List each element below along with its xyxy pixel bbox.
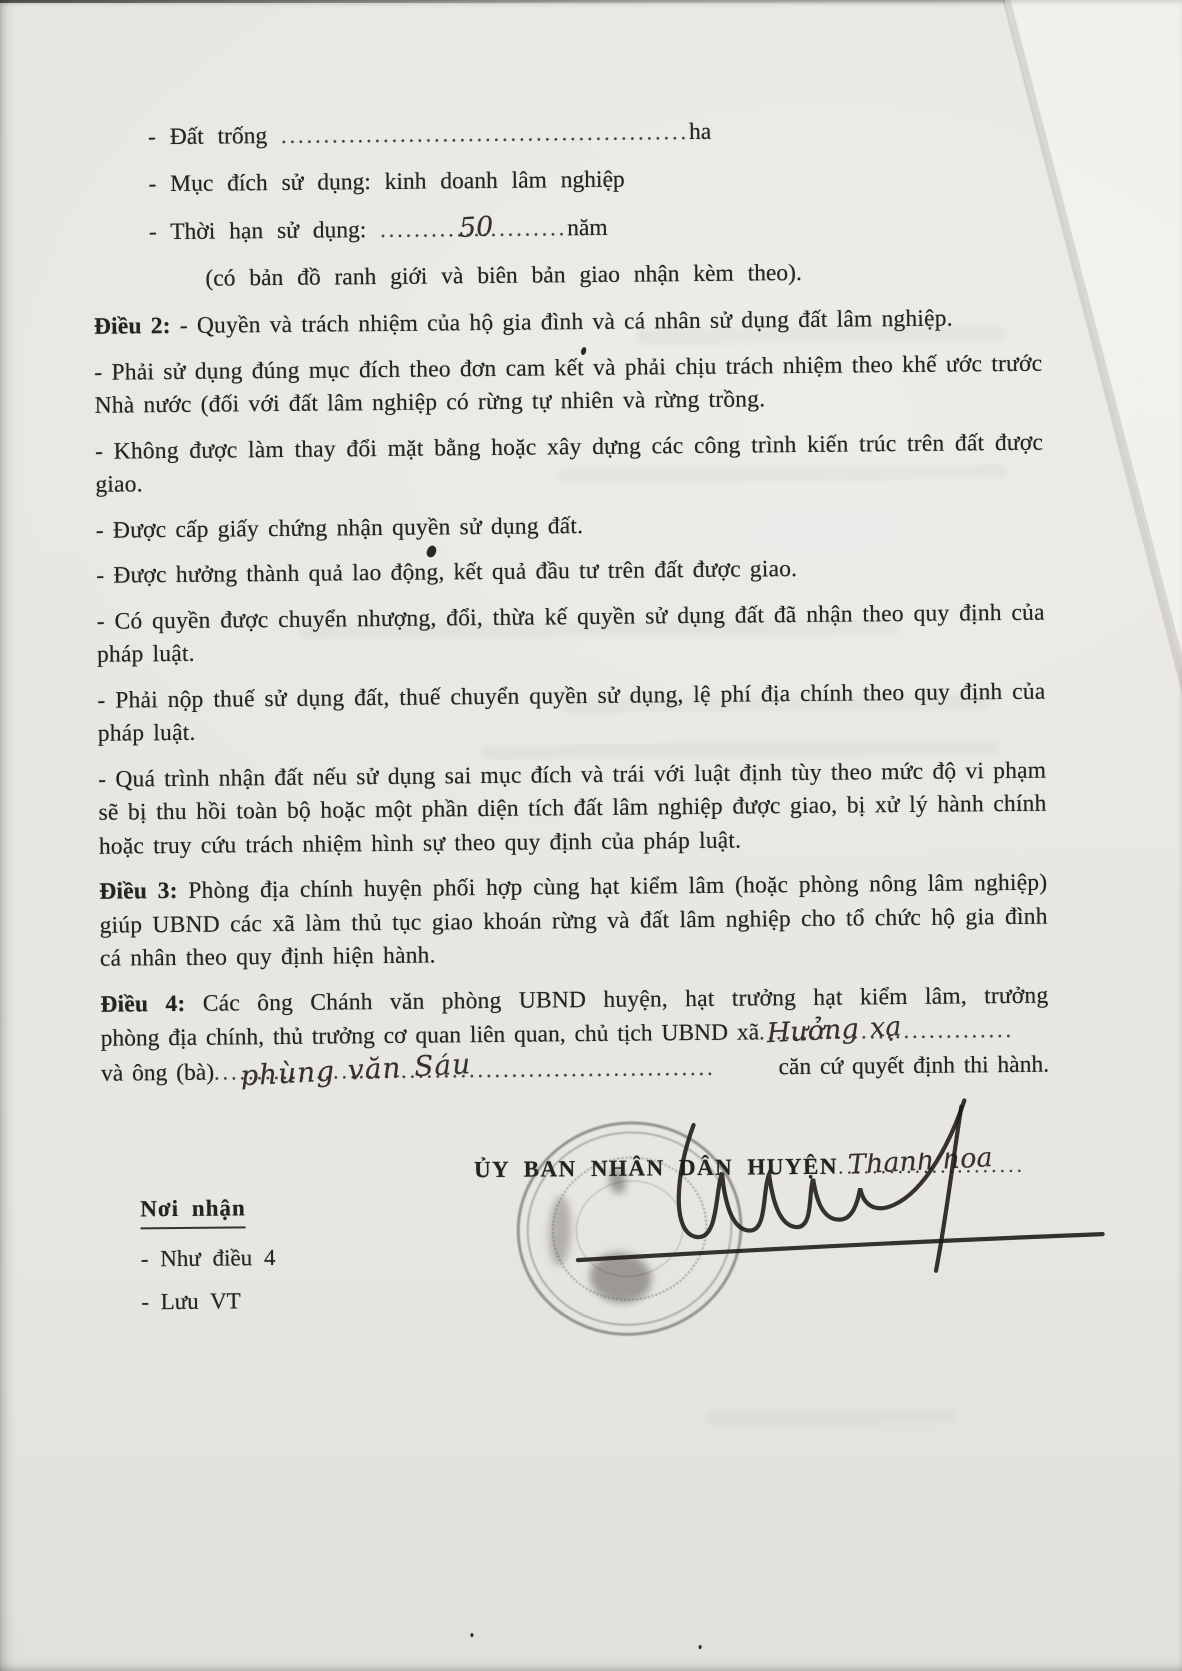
commune-name-field: ..............................Hưởng xạ [759, 1013, 1049, 1050]
person-name-field: ........................................… [214, 1050, 779, 1090]
land-empty-label: - Đất trống [148, 123, 267, 150]
purpose-line: - Mục đích sử dụng: kinh doanh lâm nghiệ… [148, 160, 1040, 202]
recipient-item: - Lưu VT [141, 1288, 276, 1315]
clause-paragraph: - Không được làm thay đổi mặt bằng hoặc … [95, 426, 1044, 502]
clause-paragraph: - Phải sử dụng đúng mục đích theo đơn ca… [94, 347, 1043, 423]
document-body: - Đất trống ............................… [92, 112, 1049, 1103]
clause-paragraph: - Được cấp giấy chứng nhận quyền sử dụng… [96, 505, 1044, 548]
article-2-label: Điều 2: [94, 313, 171, 340]
recipients-heading: Nơi nhận [140, 1195, 246, 1229]
document-tilt-wrapper: - Đất trống ............................… [0, 0, 1182, 1671]
article-3-label: Điều 3: [99, 878, 178, 905]
dotted-leader: ........................................… [281, 119, 689, 148]
article-4-label: Điều 4: [100, 990, 185, 1017]
attachment-note: (có bản đồ ranh giới và biên bản giao nh… [205, 255, 1041, 296]
person-name-label: và ông (bà) [101, 1056, 214, 1091]
clause-paragraph: - Phải nộp thuế sử dụng đất, thuế chuyển… [97, 675, 1046, 751]
scanned-document-page: - Đất trống ............................… [0, 0, 1182, 1671]
handwritten-duration-value: 50 [458, 210, 494, 245]
handwritten-person-name: phùng văn Sáu [239, 1050, 472, 1090]
ink-speck [470, 1633, 473, 1637]
land-empty-unit: ha [689, 119, 711, 145]
duration-line: - Thời hạn sử dụng: ....................… [149, 207, 1041, 250]
duration-unit: năm [567, 215, 608, 241]
duration-label: - Thời hạn sử dụng: [149, 217, 367, 245]
article-3-text: Phòng địa chính huyện phối hợp cùng hạt … [100, 870, 1048, 972]
duration-field: ......................50 [380, 211, 567, 247]
article-2-text: - Quyền và trách nhiệm của hộ gia đình v… [180, 306, 953, 339]
land-empty-line: - Đất trống ............................… [148, 112, 1040, 155]
land-details-section: - Đất trống ............................… [148, 112, 1042, 297]
show-through-smudge [706, 1409, 956, 1426]
recipients-section: Nơi nhận - Như điều 4 - Lưu VT [140, 1195, 276, 1315]
article-4-line1-text: Các ông Chánh văn phòng UBND huyện, hạt … [203, 982, 1049, 1016]
handwritten-commune-name: Hưởng xạ [766, 1013, 902, 1050]
article-3-paragraph: Điều 3: Phòng địa chính huyện phối hợp c… [99, 867, 1048, 977]
clause-paragraph: - Có quyền được chuyển nhượng, đổi, thừa… [97, 596, 1046, 672]
article-4-paragraph: Điều 4: Các ông Chánh văn phòng UBND huy… [100, 979, 1049, 1091]
clause-paragraph: - Quá trình nhận đất nếu sử dụng sai mục… [98, 754, 1047, 864]
ink-speck [699, 1645, 702, 1649]
recipient-item: - Như điều 4 [141, 1245, 276, 1272]
article-4-line3-suffix: căn cứ quyết định thi hành. [778, 1048, 1049, 1084]
clause-paragraph: - Được hưởng thành quả lao động, kết quả… [96, 551, 1044, 594]
handwritten-signature [551, 1083, 1123, 1303]
article-2-heading: Điều 2: - Quyền và trách nhiệm của hộ gi… [94, 302, 1042, 345]
land-empty-blank-field: ........................................… [281, 115, 689, 153]
